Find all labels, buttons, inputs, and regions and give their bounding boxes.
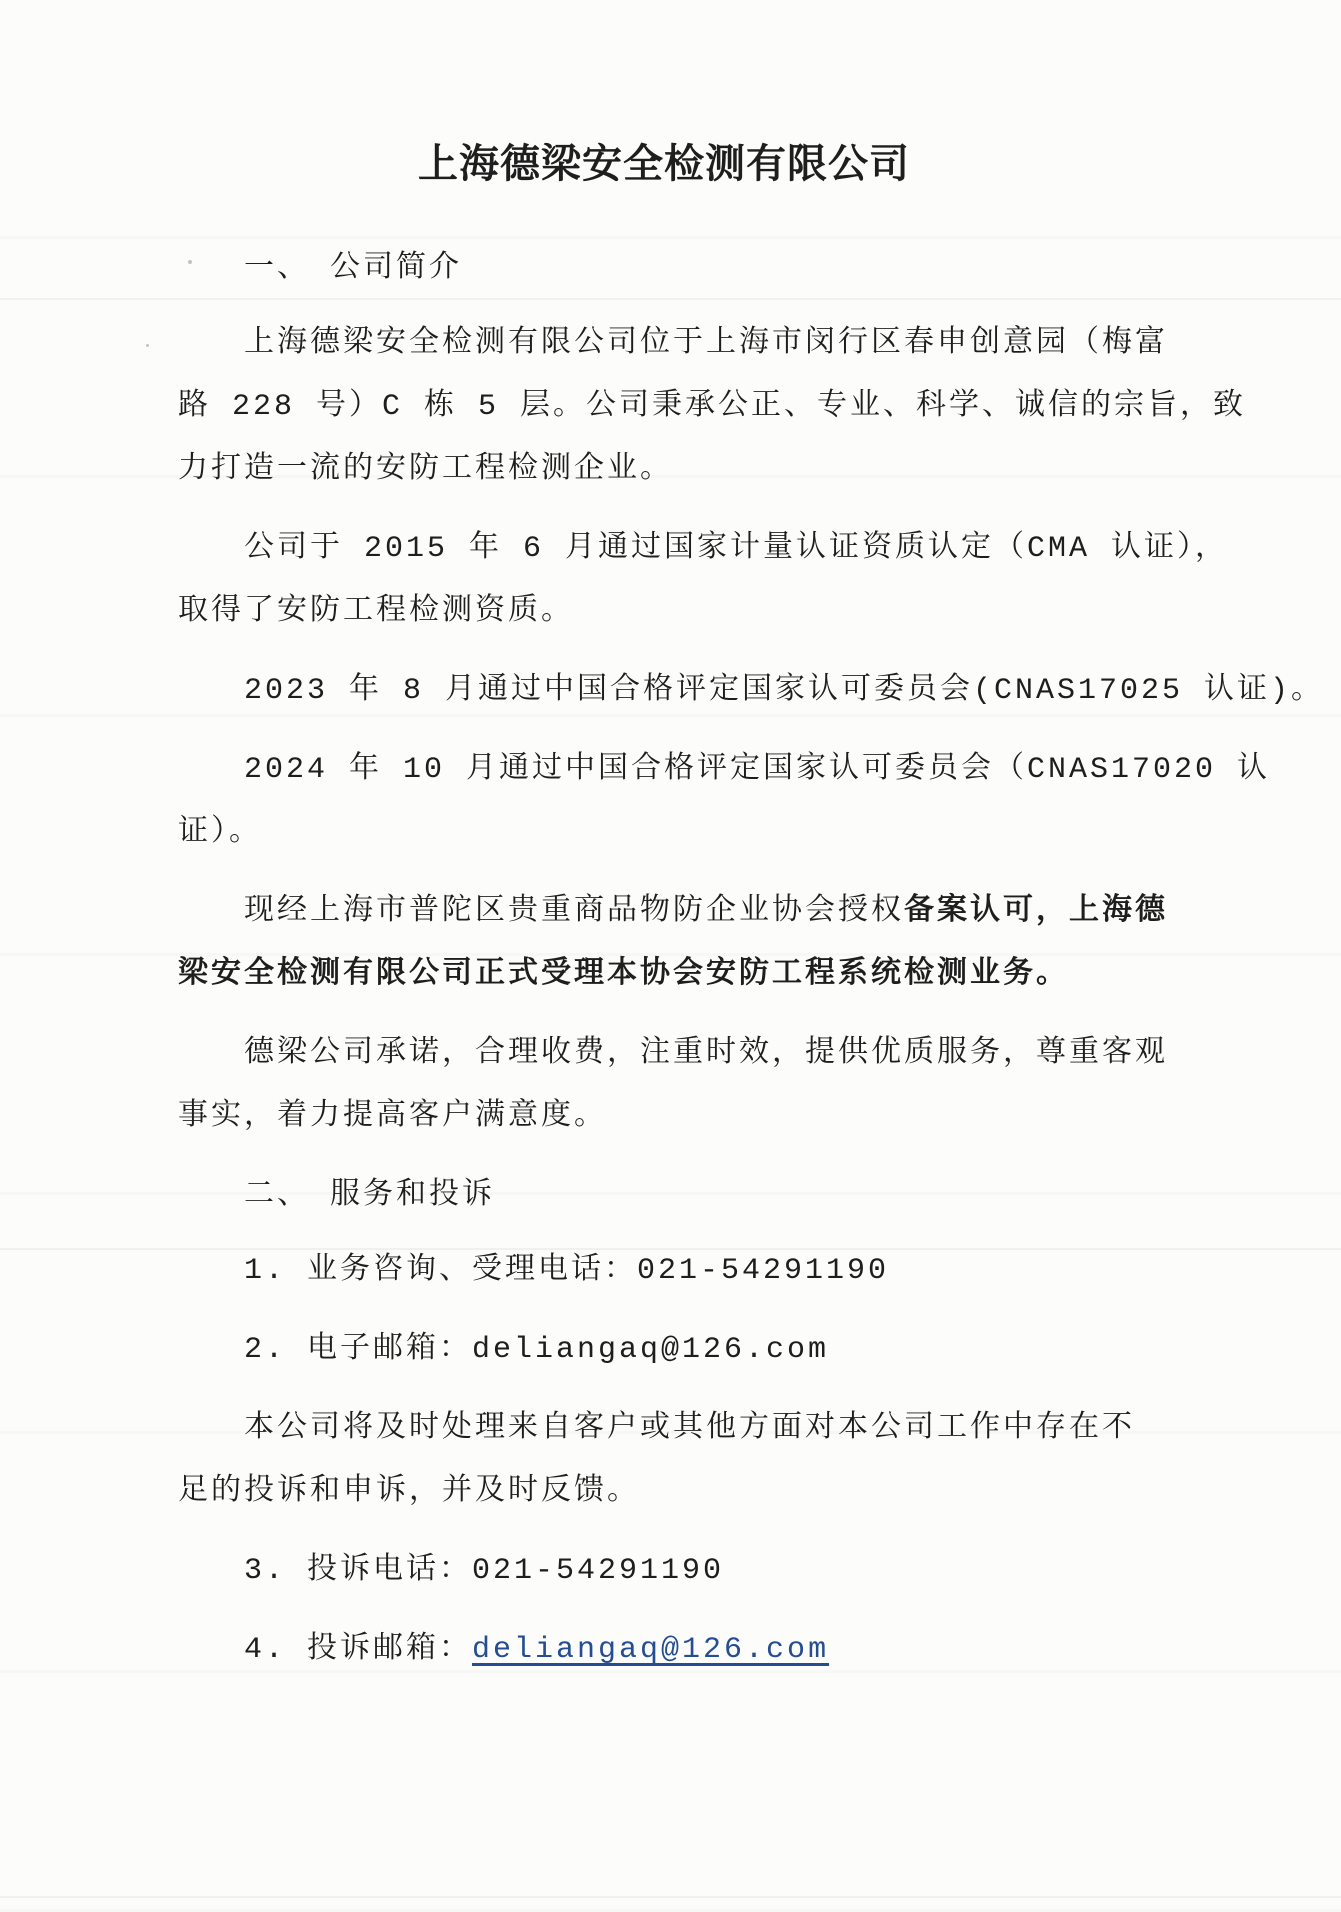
para-line-bold: 梁安全检测有限公司正式受理本协会安防工程系统检测业务。 <box>178 944 1150 1007</box>
para-line: 证）。 <box>178 802 1150 865</box>
para-line: 足的投诉和申诉，并及时反馈。 <box>178 1461 1150 1524</box>
list-item-service-email: 2. 电子邮箱：deliangaq@126.com <box>244 1319 1150 1382</box>
complaint-email-label: 4. 投诉邮箱： <box>244 1633 472 1667</box>
section-title: 公司简介 <box>330 252 462 286</box>
para-text-bold: 备案认可，上海德 <box>904 895 1168 929</box>
paragraph-complaint-handling: 本公司将及时处理来自客户或其他方面对本公司工作中存在不 足的投诉和申诉，并及时反… <box>178 1398 1150 1524</box>
section-number: 二、 <box>244 1179 310 1213</box>
para-line: 取得了安防工程检测资质。 <box>178 581 1150 644</box>
para-line: 现经上海市普陀区贵重商品物防企业协会授权备案认可，上海德 <box>178 881 1150 944</box>
para-line: 本公司将及时处理来自客户或其他方面对本公司工作中存在不 <box>178 1398 1150 1461</box>
paragraph-cnas17020: 2024 年 10 月通过中国合格评定国家认可委员会（CNAS17020 认 证… <box>178 739 1150 865</box>
para-line: 2024 年 10 月通过中国合格评定国家认可委员会（CNAS17020 认 <box>178 739 1150 802</box>
section-number: 一、 <box>244 252 310 286</box>
para-line: 上海德梁安全检测有限公司位于上海市闵行区春申创意园（梅富 <box>178 313 1150 376</box>
document-page: 上海德梁安全检测有限公司 一、公司简介 上海德梁安全检测有限公司位于上海市闵行区… <box>0 0 1341 1912</box>
para-line: 德梁公司承诺，合理收费，注重时效，提供优质服务，尊重客观 <box>178 1023 1150 1086</box>
section-title: 服务和投诉 <box>330 1179 495 1213</box>
scan-speck <box>146 344 149 347</box>
scan-speck <box>188 260 192 264</box>
list-item-service-phone: 1. 业务咨询、受理电话：021-54291190 <box>244 1240 1150 1303</box>
section-heading-service-complaints: 二、服务和投诉 <box>244 1165 1150 1228</box>
para-line: 力打造一流的安防工程检测企业。 <box>178 439 1150 502</box>
list-item-complaint-phone: 3. 投诉电话：021-54291190 <box>244 1540 1150 1603</box>
complaint-email-link[interactable]: deliangaq@126.com <box>472 1633 829 1667</box>
list-item-complaint-email: 4. 投诉邮箱：deliangaq@126.com <box>244 1619 1150 1682</box>
para-line: 公司于 2015 年 6 月通过国家计量认证资质认定（CMA 认证）， <box>178 518 1150 581</box>
paragraph-association-authorization: 现经上海市普陀区贵重商品物防企业协会授权备案认可，上海德 梁安全检测有限公司正式… <box>178 881 1150 1007</box>
para-line: 事实，着力提高客户满意度。 <box>178 1086 1150 1149</box>
paragraph-company-promise: 德梁公司承诺，合理收费，注重时效，提供优质服务，尊重客观 事实，着力提高客户满意… <box>178 1023 1150 1149</box>
para-line: 2023 年 8 月通过中国合格评定国家认可委员会(CNAS17025 认证)。 <box>178 660 1150 723</box>
para-line: 路 228 号）C 栋 5 层。公司秉承公正、专业、科学、诚信的宗旨，致 <box>178 376 1150 439</box>
scan-streak <box>0 1896 1341 1898</box>
section-heading-company-intro: 一、公司简介 <box>244 238 1150 301</box>
document-title: 上海德梁安全检测有限公司 <box>178 136 1150 192</box>
paragraph-cnas17025: 2023 年 8 月通过中国合格评定国家认可委员会(CNAS17025 认证)。 <box>178 660 1150 723</box>
para-text: 现经上海市普陀区贵重商品物防企业协会授权 <box>244 895 904 929</box>
paragraph-company-location: 上海德梁安全检测有限公司位于上海市闵行区春申创意园（梅富 路 228 号）C 栋… <box>178 313 1150 502</box>
paragraph-cma-certification: 公司于 2015 年 6 月通过国家计量认证资质认定（CMA 认证）， 取得了安… <box>178 518 1150 644</box>
